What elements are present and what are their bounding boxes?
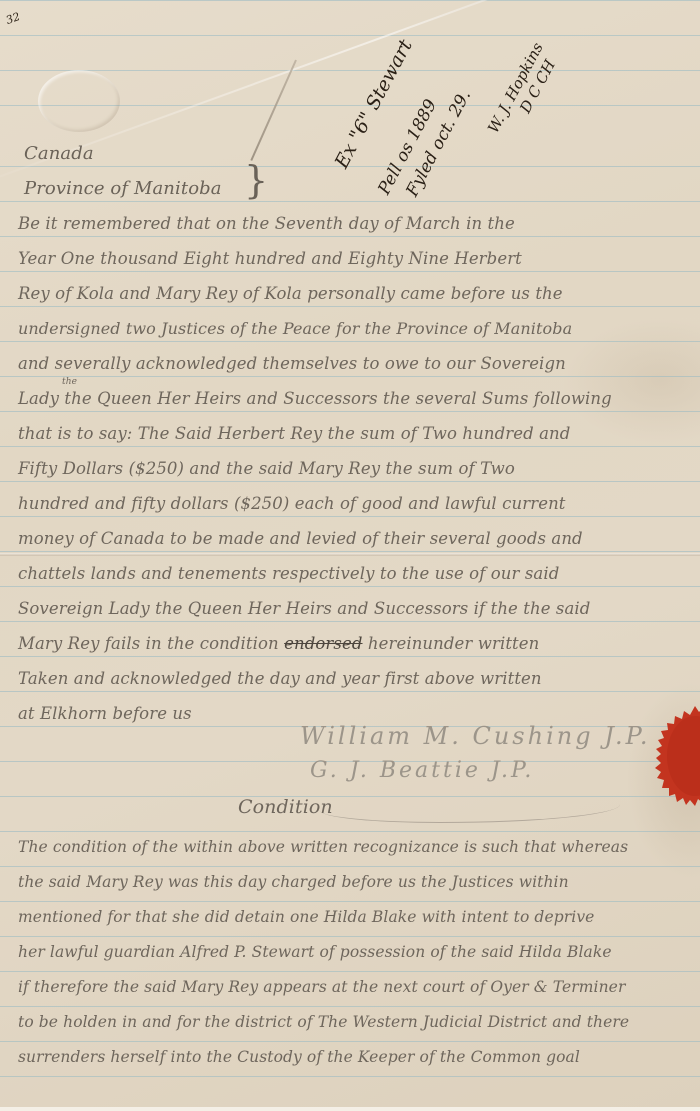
heading-country: Canada xyxy=(24,143,94,164)
condition-line-2: the said Mary Rey was this day charged b… xyxy=(18,873,569,891)
condition-line-5: if therefore the said Mary Rey appears a… xyxy=(18,978,625,996)
red-wafer-seal-icon xyxy=(655,706,700,806)
body-line-8: Fifty Dollars ($250) and the said Mary R… xyxy=(18,459,515,478)
body-line-15: at Elkhorn before us xyxy=(18,704,192,723)
struck-word: endorsed xyxy=(284,634,362,653)
body-line-1: Be it remembered that on the Seventh day… xyxy=(18,214,515,233)
folio-number: 32 xyxy=(4,10,22,27)
embossed-seal xyxy=(38,70,120,132)
body-line-13-start: Mary Rey fails in the condition xyxy=(18,634,279,653)
body-line-6: Lady the Queen Her Heirs and Successors … xyxy=(18,389,612,408)
heading-brace: } xyxy=(244,158,268,202)
condition-line-4: her lawful guardian Alfred P. Stewart of… xyxy=(18,943,612,961)
signature-second: G. J. Beattie J.P. xyxy=(310,758,534,783)
body-line-3: Rey of Kola and Mary Rey of Kola persona… xyxy=(18,284,563,303)
signature-first: William M. Cushing J.P. xyxy=(300,722,651,750)
body-line-12: Sovereign Lady the Queen Her Heirs and S… xyxy=(18,599,590,618)
body-line-4: undersigned two Justices of the Peace fo… xyxy=(18,319,572,338)
body-line-7: that is to say: The Said Herbert Rey the… xyxy=(18,424,570,443)
body-line-5: and severally acknowledged themselves to… xyxy=(18,354,566,373)
condition-line-6: to be holden in and for the district of … xyxy=(18,1013,629,1031)
body-line-13-end: hereinunder written xyxy=(368,634,540,653)
body-line-11: chattels lands and tenements respectivel… xyxy=(18,564,559,583)
condition-line-3: mentioned for that she did detain one Hi… xyxy=(18,908,594,926)
condition-line-7: surrenders herself into the Custody of t… xyxy=(18,1048,580,1066)
heading-province: Province of Manitoba xyxy=(24,178,222,199)
body-line-13: Mary Rey fails in the condition endorsed… xyxy=(18,634,539,653)
body-line-14: Taken and acknowledged the day and year … xyxy=(18,669,542,688)
body-line-10: money of Canada to be made and levied of… xyxy=(18,529,583,548)
fold-crease-horizontal xyxy=(0,553,700,556)
signature-flourish xyxy=(320,792,620,823)
interlinear-insertion: the xyxy=(62,377,77,387)
body-line-9: hundred and fifty dollars ($250) each of… xyxy=(18,494,566,513)
condition-heading: Condition xyxy=(238,796,333,818)
condition-line-1: The condition of the within above writte… xyxy=(18,838,628,856)
page-edge xyxy=(0,1107,700,1111)
body-line-2: Year One thousand Eight hundred and Eigh… xyxy=(18,249,522,268)
document-page: 32 Ex "6" Stewart Pell os 1889 Fyled oct… xyxy=(0,0,700,1111)
